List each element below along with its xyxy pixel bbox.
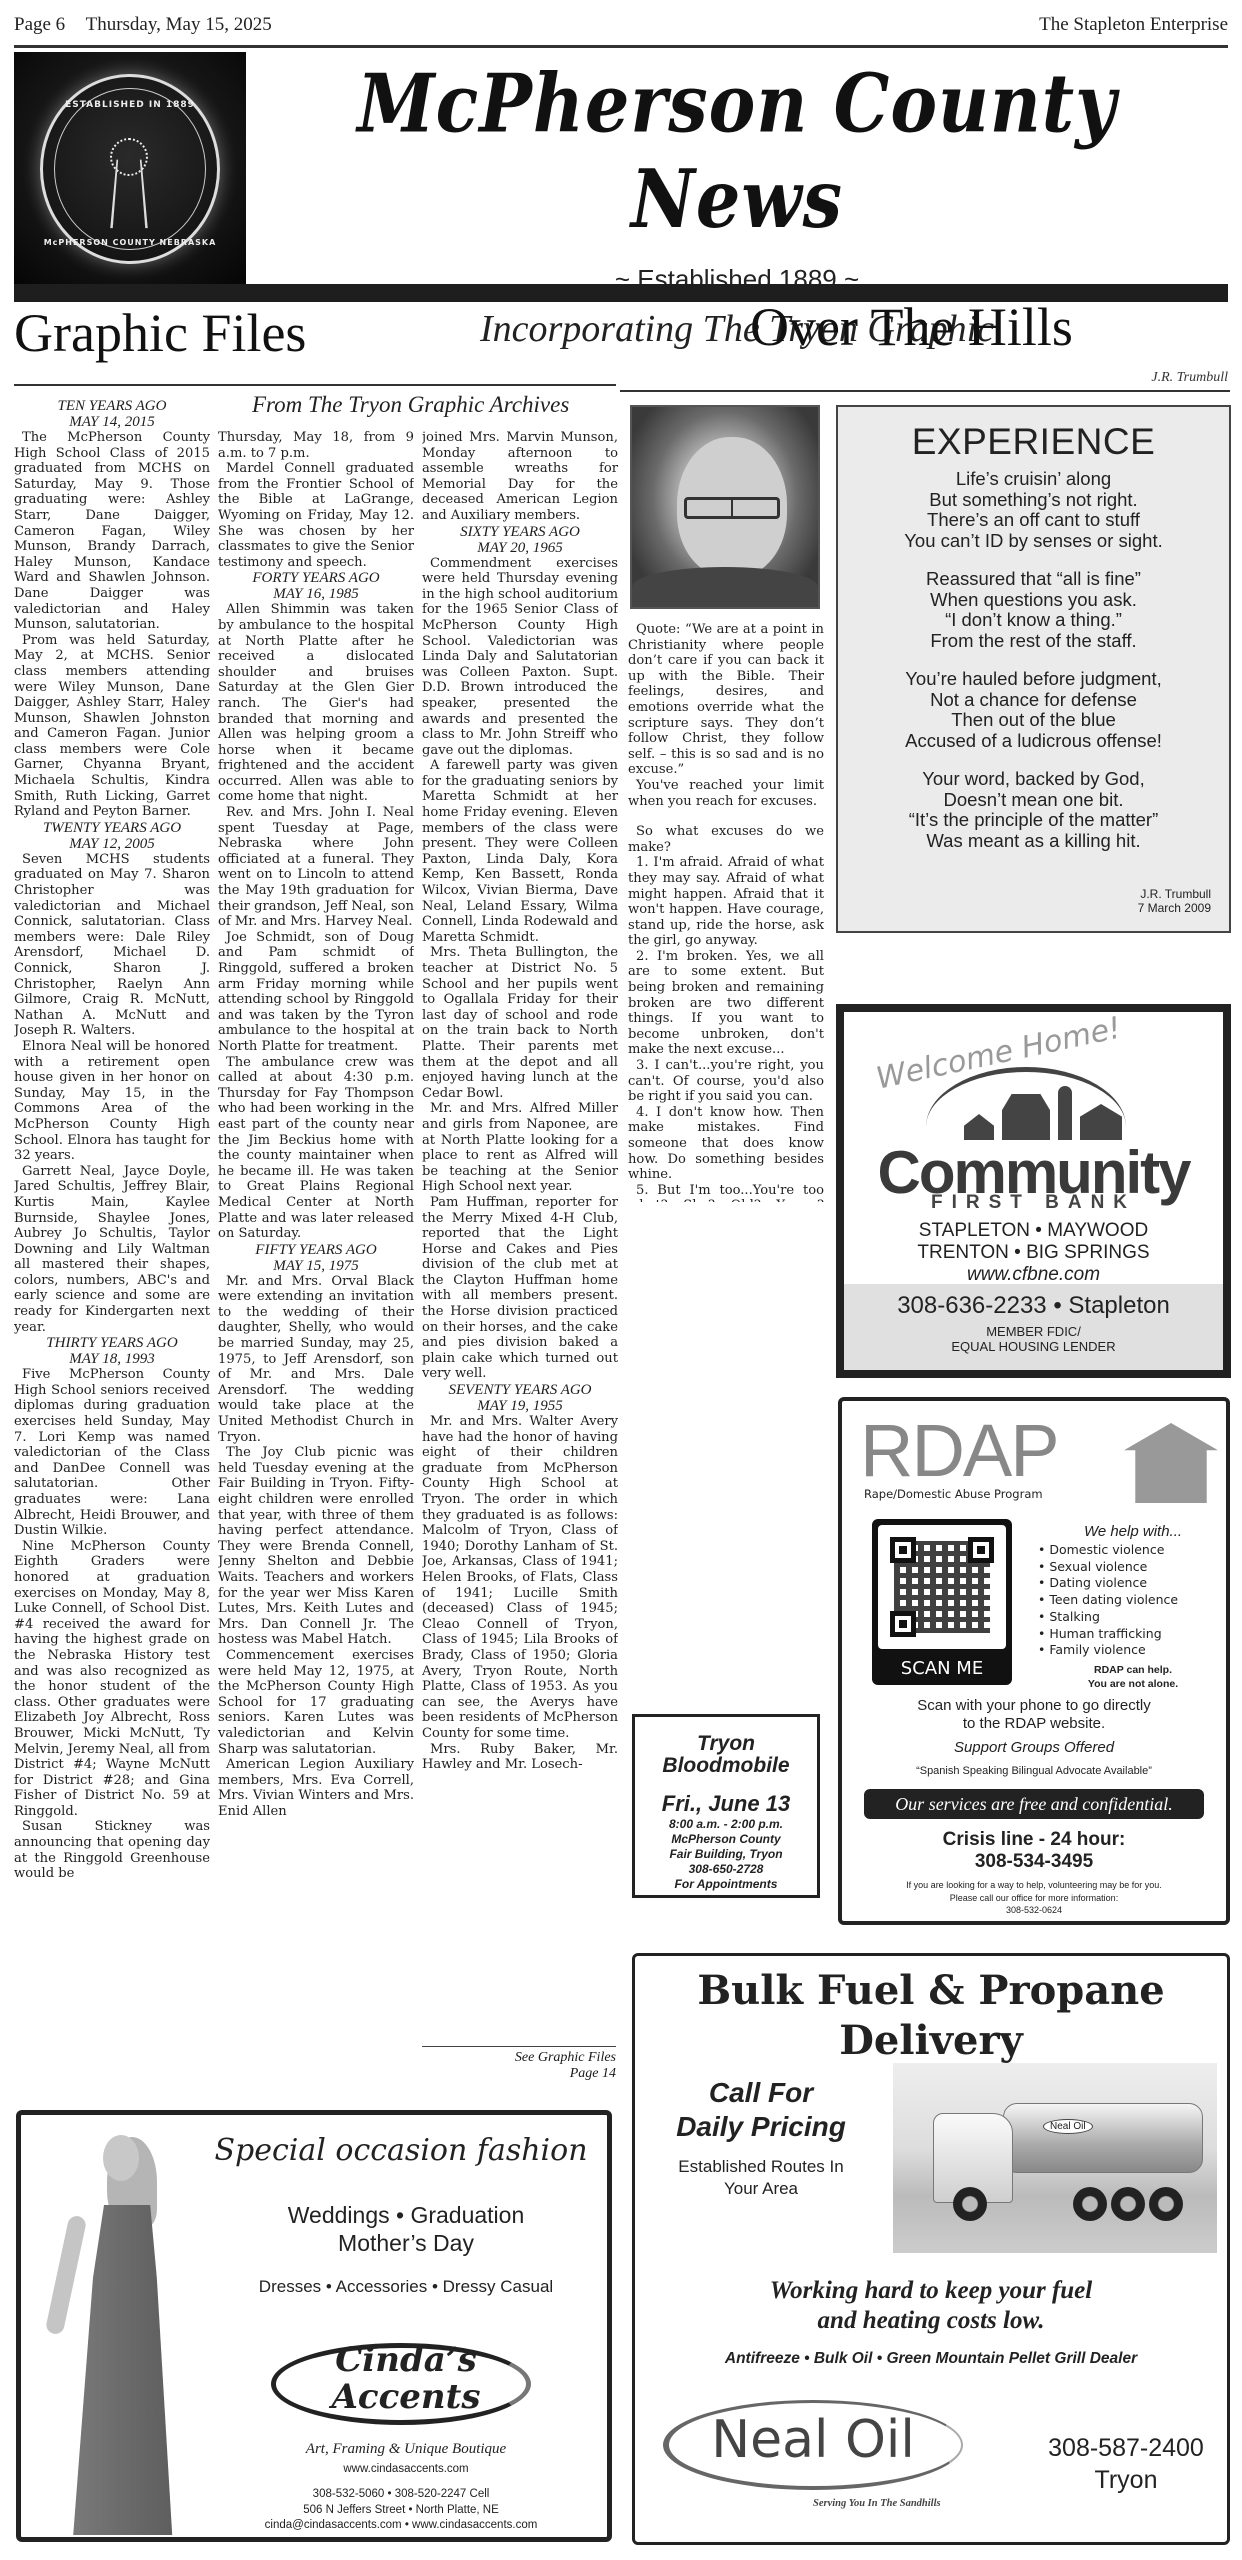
volunteer-info: If you are looking for a way to help, vo… — [842, 1879, 1226, 1917]
over-the-hills-rule — [620, 390, 1230, 392]
tree-house-icon — [1124, 1423, 1218, 1503]
masthead: ESTABLISHED IN 1889 McPHERSON COUNTY NEB… — [14, 52, 1228, 284]
article-paragraph: Mrs. Ruby Baker, Mr. Hawley and Mr. Lose… — [422, 1742, 618, 1773]
header-rule — [14, 45, 1228, 48]
fuel-headline: Bulk Fuel & Propane Delivery — [635, 1966, 1227, 2066]
call-line-1: Call For — [645, 2076, 877, 2110]
article-paragraph: Elnora Neal will be honored with a retir… — [14, 1039, 210, 1164]
established-routes: Established Routes In Your Area — [645, 2156, 877, 2200]
locations-line-2: TRENTON • BIG SPRINGS — [844, 1242, 1223, 1264]
truck-tank — [1003, 2103, 1203, 2173]
seal-bottom-text: McPHERSON COUNTY NEBRASKA — [14, 238, 246, 247]
help-item: Domestic violence — [1038, 1542, 1228, 1559]
fashion-items: Dresses • Accessories • Dressy Casual — [201, 2277, 611, 2297]
era-heading: MAY 19, 1955 — [422, 1398, 618, 1414]
help-heading: We help with... — [1038, 1523, 1228, 1540]
poem-line: Life’s cruisin’ along — [838, 469, 1229, 490]
seal-top-text: ESTABLISHED IN 1889 — [14, 100, 246, 110]
call-line-2: Daily Pricing — [645, 2110, 877, 2144]
article-paragraph: Mr. and Mrs. Orval Black were extending … — [218, 1274, 414, 1446]
county-seal-logo: ESTABLISHED IN 1889 McPHERSON COUNTY NEB… — [14, 52, 246, 284]
call-for-pricing: Call For Daily Pricing — [645, 2076, 877, 2144]
qr-finder-icon — [968, 1537, 994, 1563]
fuel-contact: 308-587-2400 Tryon — [1031, 2432, 1221, 2496]
incorporating-line: Incorporating The Tryon Graphic — [246, 307, 1228, 351]
era-heading: MAY 20, 1965 — [422, 540, 618, 556]
rdap-ad: RDAP Rape/Domestic Abuse Program SCAN ME… — [838, 1397, 1230, 1925]
support-groups: Support Groups Offered — [842, 1739, 1226, 1756]
can-help-line-2: You are not alone. — [1038, 1677, 1228, 1691]
poem-stanza: Reassured that “all is fine” When questi… — [838, 569, 1229, 651]
volunteer-line-2: Please call our office for more informat… — [842, 1892, 1226, 1905]
article-paragraph: Allen Shimmin was taken by ambulance to … — [218, 602, 414, 805]
graphic-files-rule — [14, 384, 616, 386]
cindas-accents-ad: Special occasion fashion Weddings • Grad… — [16, 2110, 612, 2542]
fashion-headline: Special occasion fashion — [191, 2133, 611, 2168]
over-the-hills-column: Quote: “We are at a point in Christianit… — [628, 622, 824, 1202]
scan-me-label: SCAN ME — [872, 1658, 1012, 1679]
poem-line: Not a chance for defense — [838, 690, 1229, 711]
community-first-bank-ad: Welcome Home! Community FIRST BANK STAPL… — [836, 1004, 1231, 1378]
fashion-address: 506 N Jeffers Street • North Platte, NE — [191, 2503, 611, 2519]
help-item: Human trafficking — [1038, 1626, 1228, 1643]
portrait-glasses — [684, 497, 780, 519]
poem-line: Doesn’t mean one bit. — [838, 790, 1229, 811]
neal-oil-logo: Neal Oil Serving You In The Sandhills — [663, 2392, 963, 2502]
article-paragraph: 5. But I'm too...You're too what? Shy? O… — [628, 1183, 824, 1202]
continued-page: Page 14 — [422, 2066, 616, 2082]
graphic-files-title: Graphic Files — [14, 302, 306, 364]
poem-stanza: You’re hauled before judgment, Not a cha… — [838, 669, 1229, 751]
events-line-2: Mother’s Day — [201, 2229, 611, 2257]
free-confidential-banner: Our services are free and confidential. — [864, 1789, 1204, 1819]
bank-subname: FIRST BANK — [844, 1192, 1223, 1214]
rdap-subtitle: Rape/Domestic Abuse Program — [864, 1487, 1043, 1501]
bloodmobile-phone: 308-650-2728 — [635, 1862, 817, 1877]
spanish-advocate: “Spanish Speaking Bilingual Advocate Ava… — [842, 1765, 1226, 1777]
era-heading: MAY 14, 2015 — [14, 414, 210, 430]
era-heading: FORTY YEARS AGO — [218, 570, 414, 586]
poem-line: When questions you ask. — [838, 590, 1229, 611]
neal-oil-ad: Bulk Fuel & Propane Delivery Call For Da… — [632, 1953, 1230, 2545]
help-item: Teen dating violence — [1038, 1592, 1228, 1609]
article-paragraph: American Legion Auxiliary members, Mrs. … — [218, 1757, 414, 1819]
bloodmobile-ad: Tryon Bloodmobile Fri., June 13 8:00 a.m… — [632, 1714, 820, 1898]
bloodmobile-date: Fri., June 13 — [635, 1791, 817, 1817]
article-paragraph: Mrs. Theta Bullington, the teacher at Di… — [422, 945, 618, 1101]
poem-line: Accused of a ludicrous offense! — [838, 731, 1229, 752]
barn-icon — [1002, 1094, 1050, 1140]
fuel-phone: 308-587-2400 — [1031, 2432, 1221, 2464]
article-paragraph: A farewell party was given for the gradu… — [422, 758, 618, 945]
article-paragraph: 3. I can't...you're right, you can't. Of… — [628, 1058, 824, 1105]
bloodmobile-time: 8:00 a.m. - 2:00 p.m. — [635, 1817, 817, 1832]
qr-finder-icon — [890, 1611, 916, 1637]
rdap-logo: RDAP — [860, 1415, 1058, 1487]
model-arm — [45, 2214, 88, 2335]
masthead-text: McPherson County News ~ Established 1889… — [246, 52, 1228, 284]
bank-locations: STAPLETON • MAYWOOD TRENTON • BIG SPRING… — [844, 1220, 1223, 1286]
truck-logo-label: Neal Oil — [1043, 2119, 1093, 2134]
volunteer-line-1: If you are looking for a way to help, vo… — [842, 1879, 1226, 1892]
poem-stanza: Your word, backed by God, Doesn’t mean o… — [838, 769, 1229, 851]
crisis-label: Crisis line - 24 hour: — [842, 1829, 1226, 1851]
article-paragraph: Thursday, May 18, from 9 a.m. to 7 p.m. — [218, 430, 414, 461]
poem-title: EXPERIENCE — [838, 421, 1229, 463]
fdic-line-1: MEMBER FDIC/ — [844, 1324, 1223, 1339]
era-heading: FIFTY YEARS AGO — [218, 1242, 414, 1258]
article-paragraph: Commendment exercises were held Thursday… — [422, 556, 618, 759]
help-list: Domestic violence Sexual violence Dating… — [1038, 1542, 1228, 1659]
bloodmobile-note: For Appointments — [635, 1877, 817, 1892]
era-heading: MAY 16, 1985 — [218, 586, 414, 602]
column-byline: J.R. Trumbull — [1151, 370, 1228, 386]
era-heading: MAY 18, 1993 — [14, 1351, 210, 1367]
article-paragraph: So what excuses do we make? — [628, 824, 824, 855]
fdic-line-2: EQUAL HOUSING LENDER — [844, 1339, 1223, 1354]
archive-heading: From The Tryon Graphic Archives — [252, 392, 569, 418]
article-paragraph — [628, 809, 824, 824]
qr-finder-icon — [890, 1537, 916, 1563]
graphic-files-column-3: joined Mrs. Marvin Munson, Monday aftern… — [422, 430, 618, 2070]
model-dress — [71, 2205, 181, 2535]
graphic-files-column-2: Thursday, May 18, from 9 a.m. to 7 p.m.M… — [218, 430, 414, 2078]
era-heading: MAY 15, 1975 — [218, 1258, 414, 1274]
slogan-line-2: and heating costs low. — [635, 2306, 1227, 2336]
bank-website-link[interactable]: www.cfbne.com — [844, 1264, 1223, 1286]
bloodmobile-title-1: Tryon — [635, 1733, 817, 1755]
bloodmobile-title-2: Bloodmobile — [635, 1755, 817, 1777]
brand-tagline: Art, Framing & Unique Boutique — [201, 2441, 611, 2458]
article-paragraph: Joe Schmidt, son of Doug and Pam schmidt… — [218, 930, 414, 1055]
article-paragraph: Susan Stickney was announcing that openi… — [14, 1819, 210, 1881]
portrait-shirt — [632, 567, 818, 607]
fashion-contact: 308-532-5060 • 308-520-2247 Cell 506 N J… — [191, 2487, 611, 2534]
poem-line: You can’t ID by senses or sight. — [838, 531, 1229, 552]
poem-line: Your word, backed by God, — [838, 769, 1229, 790]
era-heading: SEVENTY YEARS AGO — [422, 1382, 618, 1398]
article-paragraph: Garrett Neal, Jayce Doyle, Jared Schulti… — [14, 1164, 210, 1336]
poem-line: “I don’t know a thing.” — [838, 610, 1229, 631]
poem-line: Then out of the blue — [838, 710, 1229, 731]
article-paragraph: Mardel Connell graduated from the Fronti… — [218, 461, 414, 570]
events-line-1: Weddings • Graduation — [201, 2201, 611, 2229]
routes-line-2: Your Area — [645, 2178, 877, 2200]
era-heading: MAY 12, 2005 — [14, 836, 210, 852]
rdap-services: We help with... Domestic violence Sexual… — [1038, 1523, 1228, 1691]
article-paragraph: joined Mrs. Marvin Munson, Monday aftern… — [422, 430, 618, 524]
farmhouse-icon — [1080, 1104, 1122, 1140]
article-paragraph: The Joy Club picnic was held Tuesday eve… — [218, 1445, 414, 1648]
article-paragraph: Commencement exercises were held May 12,… — [218, 1648, 414, 1757]
article-paragraph: Rev. and Mrs. John I. Neal spent Tuesday… — [218, 805, 414, 930]
article-paragraph: The ambulance crew was called at about 4… — [218, 1055, 414, 1242]
can-help-line-1: RDAP can help. — [1038, 1663, 1228, 1677]
brand-line-2: Accents — [271, 2377, 541, 2417]
crisis-line: Crisis line - 24 hour: 308-534-3495 — [842, 1829, 1226, 1873]
page-header: Page 6 Thursday, May 15, 2025 The Staple… — [14, 10, 1228, 40]
fuel-slogan: Working hard to keep your fuel and heati… — [635, 2276, 1227, 2336]
poem-line: “It’s the principle of the matter” — [838, 810, 1229, 831]
fuel-products: Antifreeze • Bulk Oil • Green Mountain P… — [635, 2350, 1227, 2368]
volunteer-phone: 308-532-0624 — [842, 1904, 1226, 1917]
can-help-text: RDAP can help. You are not alone. — [1038, 1663, 1228, 1691]
qr-code[interactable]: SCAN ME — [872, 1519, 1012, 1685]
model-photo — [51, 2135, 191, 2535]
fuel-town: Tryon — [1031, 2464, 1221, 2496]
logo-tagline: Serving You In The Sandhills — [813, 2498, 941, 2509]
experience-poem: EXPERIENCE Life’s cruisin’ along But som… — [836, 405, 1231, 933]
bloodmobile-place-2: Fair Building, Tryon — [635, 1847, 817, 1862]
wheel-icon — [953, 2187, 987, 2221]
article-paragraph: The McPherson County High School Class o… — [14, 430, 210, 633]
silo-icon — [1058, 1086, 1072, 1140]
article-paragraph: 1. I'm afraid. Afraid of what they may s… — [628, 855, 824, 949]
scan-instructions: Scan with your phone to go directly to t… — [842, 1697, 1226, 1733]
fashion-phones: 308-532-5060 • 308-520-2247 Cell — [191, 2487, 611, 2503]
era-heading: THIRTY YEARS AGO — [14, 1335, 210, 1351]
continued-on-link[interactable]: See Graphic Files Page 14 — [422, 2050, 616, 2082]
era-heading: TWENTY YEARS AGO — [14, 820, 210, 836]
article-paragraph: Prom was held Saturday, May 2, at MCHS. … — [14, 633, 210, 820]
wheel-icon — [1149, 2187, 1183, 2221]
poem-line: You’re hauled before judgment, — [838, 669, 1229, 690]
bank-footer: 308-636-2233 • Stapleton MEMBER FDIC/ EQ… — [844, 1284, 1223, 1370]
wheel-icon — [1073, 2187, 1107, 2221]
continued-label: See Graphic Files — [422, 2050, 616, 2066]
locations-line-1: STAPLETON • MAYWOOD — [844, 1220, 1223, 1242]
fashion-website-link[interactable]: www.cindasaccents.com — [201, 2463, 611, 2475]
poem-stanza: Life’s cruisin’ along But something’s no… — [838, 469, 1229, 551]
slogan-line-1: Working hard to keep your fuel — [635, 2276, 1227, 2306]
poem-signature: J.R. Trumbull 7 March 2009 — [1138, 887, 1211, 915]
model-head — [103, 2135, 139, 2181]
poem-line: Was meant as a killing hit. — [838, 831, 1229, 852]
bank-phone: 308-636-2233 • Stapleton — [844, 1292, 1223, 1320]
graphic-files-column-1: TEN YEARS AGOMAY 14, 2015The McPherson C… — [14, 398, 210, 2078]
bloodmobile-place-1: McPherson County — [635, 1832, 817, 1847]
logo-name: Neal Oil — [663, 2410, 963, 2470]
era-heading: SIXTY YEARS AGO — [422, 524, 618, 540]
crisis-phone: 308-534-3495 — [842, 1851, 1226, 1873]
article-paragraph: Pam Huffman, reporter for the Merry Mixe… — [422, 1195, 618, 1382]
article-paragraph: 4. I don't know how. Then make mistakes.… — [628, 1105, 824, 1183]
page-number: Page 6 — [14, 14, 65, 35]
wheel-icon — [1111, 2187, 1145, 2221]
farm-buildings-icon — [964, 1086, 1122, 1140]
help-item: Family violence — [1038, 1642, 1228, 1659]
author-portrait — [630, 405, 820, 609]
fuel-truck-photo: Neal Oil — [893, 2063, 1217, 2253]
help-item: Dating violence — [1038, 1575, 1228, 1592]
jump-rule — [422, 2046, 616, 2047]
article-paragraph: Seven MCHS students graduated on May 7. … — [14, 852, 210, 1039]
page-info: Page 6 Thursday, May 15, 2025 — [14, 14, 288, 36]
scan-line-1: Scan with your phone to go directly — [842, 1697, 1226, 1715]
poem-line: From the rest of the staff. — [838, 631, 1229, 652]
article-paragraph: 2. I'm broken. Yes, we all are to some e… — [628, 949, 824, 1058]
scan-line-2: to the RDAP website. — [842, 1715, 1226, 1733]
poem-line: There’s an off cant to stuff — [838, 510, 1229, 531]
poem-line: But something’s not right. — [838, 490, 1229, 511]
house-icon — [964, 1114, 994, 1140]
qr-code-image — [878, 1525, 1006, 1649]
help-item: Sexual violence — [1038, 1559, 1228, 1576]
fashion-events: Weddings • Graduation Mother’s Day — [201, 2201, 611, 2257]
article-paragraph: You've reached your limit when you reach… — [628, 778, 824, 809]
era-heading: TEN YEARS AGO — [14, 398, 210, 414]
publication-name: The Stapleton Enterprise — [1039, 14, 1228, 36]
newspaper-title: McPherson County News — [246, 56, 1228, 247]
windmill-tower-icon — [110, 160, 147, 229]
article-paragraph: Nine McPherson County Eighth Graders wer… — [14, 1539, 210, 1820]
cindas-accents-logo: Cinda’s Accents — [271, 2337, 541, 2447]
issue-date: Thursday, May 15, 2025 — [86, 14, 272, 35]
fashion-email-web[interactable]: cinda@cindasaccents.com • www.cindasacce… — [191, 2518, 611, 2534]
article-paragraph: Mr. and Mrs. Walter Avery have had the h… — [422, 1414, 618, 1741]
poem-date: 7 March 2009 — [1138, 901, 1211, 915]
article-paragraph: Quote: “We are at a point in Christianit… — [628, 622, 824, 778]
poem-line: Reassured that “all is fine” — [838, 569, 1229, 590]
poem-author: J.R. Trumbull — [1138, 887, 1211, 901]
fuel-headline-line-2: Delivery — [635, 2016, 1227, 2066]
routes-line-1: Established Routes In — [645, 2156, 877, 2178]
fuel-headline-line-1: Bulk Fuel & Propane — [635, 1966, 1227, 2016]
article-paragraph: Mr. and Mrs. Alfred Miller and girls fro… — [422, 1101, 618, 1195]
over-the-hills-title: Over The Hills — [750, 296, 1073, 358]
brand-line-1: Cinda’s — [271, 2341, 541, 2379]
help-item: Stalking — [1038, 1609, 1228, 1626]
article-paragraph: Five McPherson County High School senior… — [14, 1367, 210, 1539]
